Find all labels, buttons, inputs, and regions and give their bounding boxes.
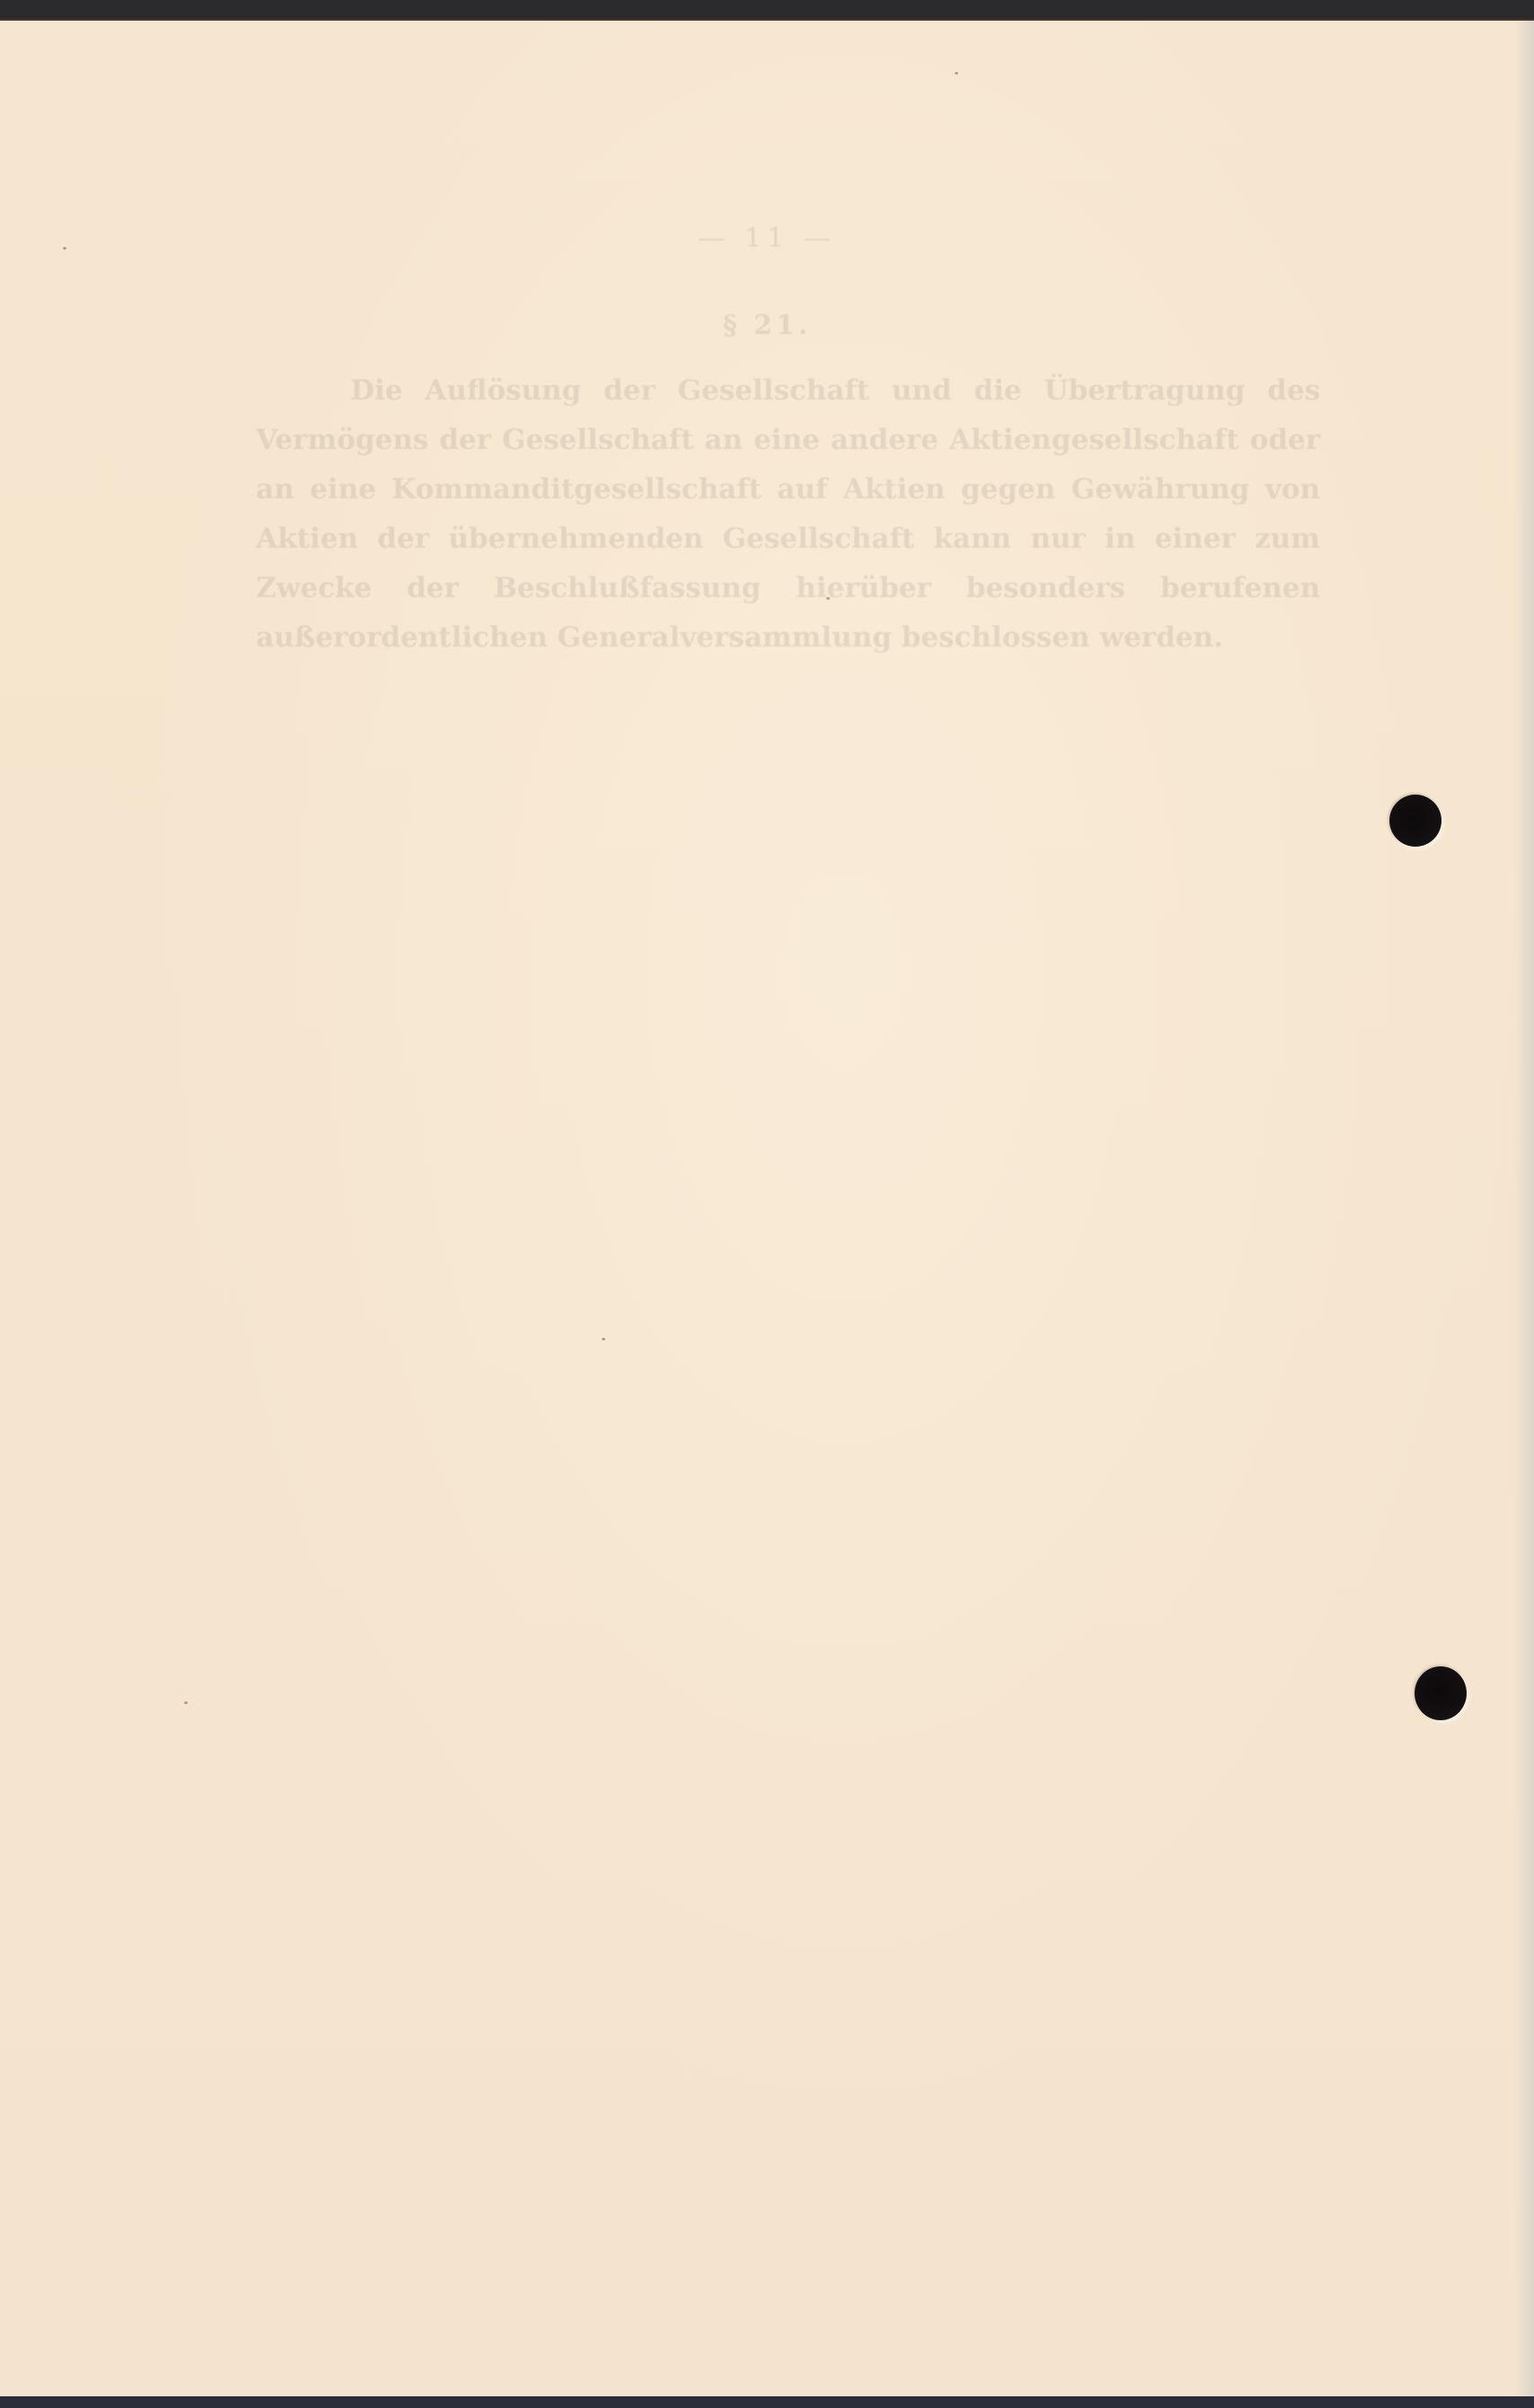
section-heading: § 21. <box>0 310 1534 341</box>
punch-hole-icon <box>1389 795 1441 847</box>
bleed-through-paragraph: Die Auflösung der Gesellschaft und die Ü… <box>256 366 1320 663</box>
page-number: — 11 — <box>0 223 1534 254</box>
faint-stamp-mark <box>692 907 871 1006</box>
paper-speck <box>826 597 830 600</box>
scan-bottom-edge <box>0 2396 1534 2408</box>
page-right-edge-shadow <box>1514 21 1534 2396</box>
paper-speck <box>955 72 958 75</box>
paper-speck <box>63 247 66 250</box>
punch-hole-icon <box>1415 1666 1467 1720</box>
scan-top-edge <box>0 0 1534 21</box>
paper-speck <box>184 1701 188 1704</box>
paper-speck <box>602 1338 605 1340</box>
